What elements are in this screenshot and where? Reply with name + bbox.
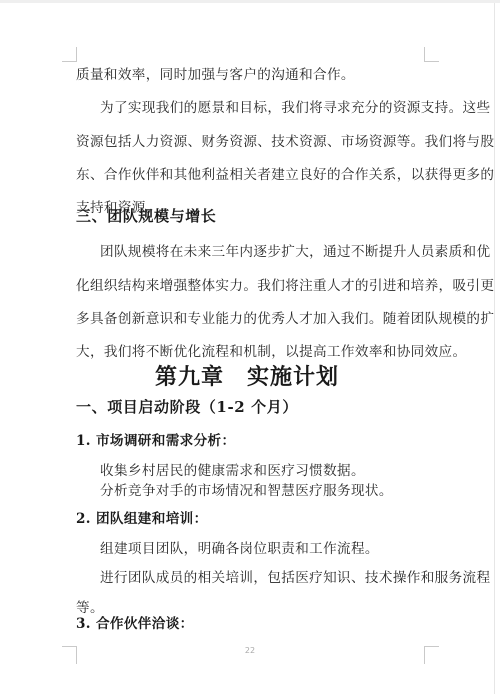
document-page: 质量和效率，同时加强与客户的沟通和合作。 为了实现我们的愿景和目标，我们将寻求充… [0, 0, 495, 694]
list-item-line: 组建项目团队，明确各岗位职责和工作流程。 [100, 540, 379, 558]
paragraph-line: 多具备创新意识和专业能力的优秀人才加入我们。随着团队规模的扩 [76, 310, 494, 328]
section-heading: 三、团队规模与增长 [76, 207, 216, 225]
paragraph-line: 为了实现我们的愿景和目标，我们将寻求充分的资源支持。这些 [100, 99, 490, 117]
list-item-line: 分析竞争对手的市场情况和智慧医疗服务现状。 [100, 482, 393, 500]
paragraph-line: 大，我们将不断优化流程和机制，以提高工作效率和协同效应。 [76, 343, 466, 361]
paragraph-line: 化组织结构来增强整体实力。我们将注重人才的引进和培养，吸引更 [76, 277, 494, 295]
page-number: 22 [0, 646, 500, 655]
corner-mark-top-left [62, 47, 77, 62]
top-border [0, 0, 500, 3]
paragraph-line: 质量和效率，同时加强与客户的沟通和合作。 [76, 66, 355, 84]
list-item-title: 3. 合作伙伴洽谈： [76, 615, 194, 633]
paragraph-line: 团队规模将在未来三年内逐步扩大，通过不断提升人员素质和优 [100, 243, 490, 261]
corner-mark-top-right [424, 47, 439, 62]
paragraph-line: 东、合作伙伴和其他利益相关者建立良好的合作关系，以获得更多的 [76, 166, 494, 184]
section-heading: 一、项目启动阶段（1-2 个月） [76, 398, 298, 416]
list-item-line: 进行团队成员的相关培训，包括医疗知识、技术操作和服务流程 [100, 569, 490, 587]
paragraph-line: 资源包括人力资源、财务资源、技术资源、市场资源等。我们将与股 [76, 133, 494, 151]
list-item-title: 1. 市场调研和需求分析： [76, 432, 235, 450]
list-item-title: 2. 团队组建和培训： [76, 510, 208, 528]
chapter-title: 第九章 实施计划 [0, 360, 494, 391]
list-item-line: 收集乡村居民的健康需求和医疗习惯数据。 [100, 462, 365, 480]
